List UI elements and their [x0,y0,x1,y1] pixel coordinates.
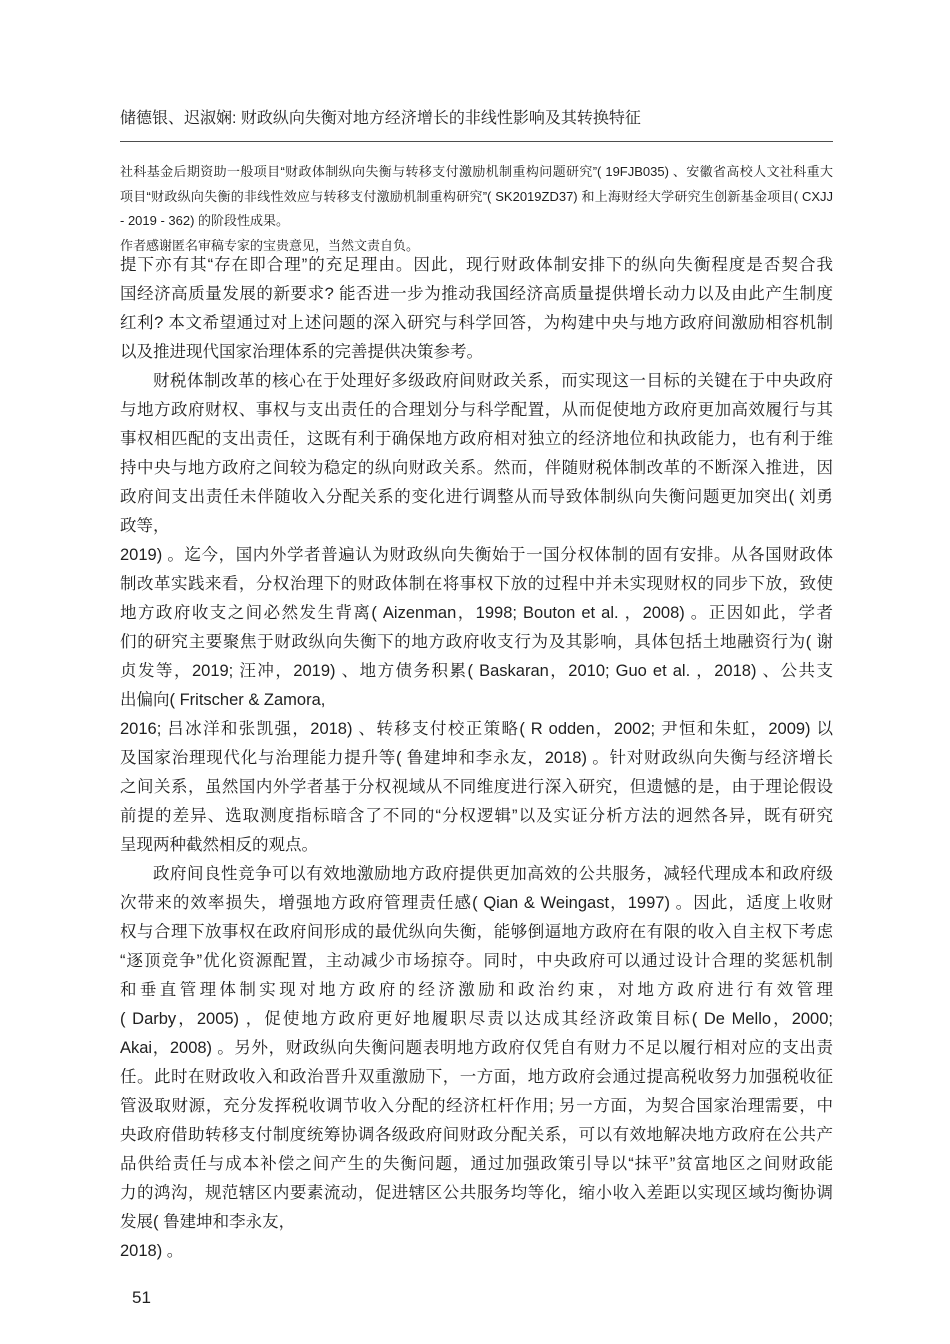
body-line: 管汲取财源，充分发挥税收调节收入分配的经济杠杆作用; 另一方面，为契合国家治理需… [120,1092,833,1121]
body-line: 之间关系，虽然国内外学者基于分权视域从不同维度进行深入研究，但遗憾的是，由于理论… [120,773,833,802]
body-line: 呈现两种截然相反的观点。 [120,831,833,860]
body-line: 红利? 本文希望通过对上述问题的深入研究与科学回答，为构建中央与地方政府间激励相… [120,309,833,338]
body-line: 政府间良性竞争可以有效地激励地方政府提供更加高效的公共服务，减轻代理成本和政府级 [120,860,833,889]
paragraph: 政府间良性竞争可以有效地激励地方政府提供更加高效的公共服务，减轻代理成本和政府级… [120,860,833,1266]
header-rule [120,141,833,142]
body-line: 事权相匹配的支出责任，这既有利于确保地方政府相对独立的经济地位和执政能力，也有利… [120,425,833,454]
body-line: 们的研究主要聚焦于财政纵向失衡下的地方政府收支行为及其影响，具体包括土地融资行为… [120,628,833,657]
body-line: 次带来的效率损失，增强地方政府管理责任感( Qian & Weingast，19… [120,889,833,918]
body-line: 2016; 吕冰洋和张凯强，2018) 、转移支付校正策略( R odden，2… [120,715,833,744]
body-line: Akai，2008) 。另外，财政纵向失衡问题表明地方政府仅凭自有财力不足以履行… [120,1034,833,1063]
running-head: 储德银、迟淑娴: 财政纵向失衡对地方经济增长的非线性影响及其转换特征 [120,109,833,129]
footnote-line: - 2019 - 362) 的阶段性成果。 [120,209,833,234]
body-line: 品供给责任与成本补偿之间产生的失衡问题，通过加强政策引导以“抹平”贫富地区之间财… [120,1150,833,1179]
body-line: 央政府借助转移支付制度统筹协调各级政府间财政分配关系，可以有效地解决地方政府在公… [120,1121,833,1150]
body-line: 以及推进现代国家治理体系的完善提供决策参考。 [120,338,833,367]
body-line: 国经济高质量发展的新要求? 能否进一步为推动我国经济高质量提供增长动力以及由此产… [120,280,833,309]
paper-page: 储德银、迟淑娴: 财政纵向失衡对地方经济增长的非线性影响及其转换特征 社科基金后… [0,0,950,1344]
body-line: 2018) 。 [120,1237,833,1266]
body-line: 2019) 。迄今，国内外学者普遍认为财政纵向失衡始于一国分权体制的固有安排。从… [120,541,833,570]
body-line: “逐顶竞争”优化资源配置，主动减少市场掠夺。同时，中央政府可以通过设计合理的奖惩… [120,947,833,976]
body-line: 贞发等，2019; 汪冲，2019) 、地方债务积累( Baskaran，201… [120,657,833,686]
body-line: 财税体制改革的核心在于处理好多级政府间财政关系，而实现这一目标的关键在于中央政府 [120,367,833,396]
body-text: 提下亦有其“存在即合理”的充足理由。因此，现行财政体制安排下的纵向失衡程度是否契… [120,251,833,1266]
paragraph: 财税体制改革的核心在于处理好多级政府间财政关系，而实现这一目标的关键在于中央政府… [120,367,833,860]
body-line: 发展( 鲁建坤和李永友， [120,1208,833,1237]
body-line: 权与合理下放事权在政府间形成的最优纵向失衡，能够倒逼地方政府在有限的收入自主权下… [120,918,833,947]
body-line: 地方政府收支之间必然发生背离( Aizenman，1998; Bouton et… [120,599,833,628]
body-line: 及国家治理现代化与治理能力提升等( 鲁建坤和李永友，2018) 。针对财政纵向失… [120,744,833,773]
body-line: 出偏向( Fritscher & Zamora, [120,686,833,715]
footnote-line: 项目“财政纵向失衡的非线性效应与转移支付激励机制重构研究”( SK2019ZD3… [120,185,833,210]
body-line: 提下亦有其“存在即合理”的充足理由。因此，现行财政体制安排下的纵向失衡程度是否契… [120,251,833,280]
body-line: 制改革实践来看，分权治理下的财政体制在将事权下放的过程中并未实现财权的同步下放，… [120,570,833,599]
body-line: 持中央与地方政府之间较为稳定的纵向财政关系。然而，伴随财税体制改革的不断深入推进… [120,454,833,483]
body-line: 政等， [120,512,833,541]
paragraph: 提下亦有其“存在即合理”的充足理由。因此，现行财政体制安排下的纵向失衡程度是否契… [120,251,833,367]
footnote-line: 社科基金后期资助一般项目“财政体制纵向失衡与转移支付激励机制重构问题研究”( 1… [120,160,833,185]
page-number: 51 [132,1288,151,1308]
body-line: 任。此时在财政收入和政治晋升双重激励下，一方面，地方政府会通过提高税收努力加强税… [120,1063,833,1092]
body-line: 力的鸿沟，规范辖区内要素流动，促进辖区公共服务均等化，缩小收入差距以实现区域均衡… [120,1179,833,1208]
body-line: 与地方政府财权、事权与支出责任的合理划分与科学配置，从而促使地方政府更加高效履行… [120,396,833,425]
body-line: 政府间支出责任未伴随收入分配关系的变化进行调整从而导致体制纵向失衡问题更加突出(… [120,483,833,512]
body-line: 和垂直管理体制实现对地方政府的经济激励和政治约束，对地方政府进行有效管理 [120,976,833,1005]
footnote-block: 社科基金后期资助一般项目“财政体制纵向失衡与转移支付激励机制重构问题研究”( 1… [120,160,833,258]
body-line: 前提的差异、选取测度指标暗含了不同的“分权逻辑”以及实证分析方法的迥然各异，既有… [120,802,833,831]
body-line: ( Darby，2005) ，促使地方政府更好地履职尽责以达成其经济政策目标( … [120,1005,833,1034]
